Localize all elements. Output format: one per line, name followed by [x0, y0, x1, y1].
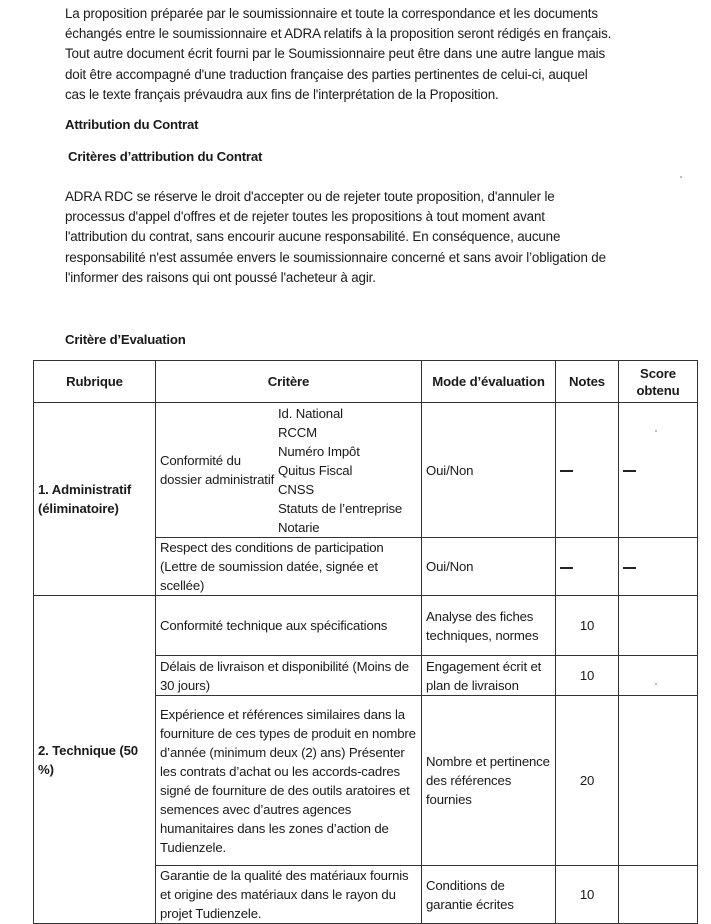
critere-items-list: Id. National RCCM Numéro Impôt Quitus Fi… [278, 404, 417, 537]
intro-line: La proposition préparée par le soumissio… [65, 4, 705, 24]
notes-cell: 10 [556, 656, 619, 696]
rubrique-technique: 2. Technique (50 %) [34, 596, 156, 924]
critere-cell: Respect des conditions de participation … [156, 538, 422, 596]
notes-cell: 10 [556, 596, 619, 656]
scan-speck [680, 176, 682, 178]
critere-item: Quitus Fiscal [278, 461, 417, 480]
header-score: Score obtenu [619, 361, 698, 403]
table-row: 2. Technique (50 %) Conformité technique… [34, 596, 698, 656]
notes-cell: 10 [556, 866, 619, 924]
award-paragraph: ADRA RDC se réserve le droit d'accepter … [65, 187, 705, 288]
table-header-row: Rubrique Critère Mode d’évaluation Notes… [34, 361, 698, 403]
evaluation-heading: Critère d’Evaluation [65, 332, 186, 347]
mode-cell: Engagement écrit et plan de livraison [422, 656, 556, 696]
notes-cell [556, 538, 619, 596]
header-critere: Critère [156, 361, 422, 403]
dash-mark [560, 470, 573, 472]
critere-cell: Conformité du dossier administratif Id. … [156, 403, 422, 538]
notes-cell [556, 403, 619, 538]
critere-item: RCCM [278, 423, 417, 442]
award-line: l'attribution du contrat, sans encourir … [65, 227, 705, 247]
intro-line: échangés entre le soumissionnaire et ADR… [65, 24, 705, 44]
intro-paragraph: La proposition préparée par le soumissio… [65, 4, 705, 105]
award-line: l'informer des raisons qui ont poussé l'… [65, 268, 705, 288]
mode-cell: Oui/Non [422, 403, 556, 538]
subsection-heading: Critères d’attribution du Contrat [68, 149, 262, 164]
award-line: processus d'appel d'offres et de rejeter… [65, 207, 705, 227]
scan-speck [655, 430, 657, 432]
section-heading: Attribution du Contrat [65, 117, 198, 132]
dash-mark [560, 567, 573, 569]
critere-item: Notarie [278, 518, 417, 537]
header-mode: Mode d’évaluation [422, 361, 556, 403]
critere-label: Conformité du dossier administratif [160, 451, 278, 489]
mode-cell: Analyse des fiches techniques, normes [422, 596, 556, 656]
award-line: ADRA RDC se réserve le droit d'accepter … [65, 187, 705, 207]
header-rubrique: Rubrique [34, 361, 156, 403]
critere-cell: Expérience et références similaires dans… [156, 696, 422, 866]
intro-line: cas le texte français prévaudra aux fins… [65, 85, 705, 105]
dash-mark [623, 567, 636, 569]
score-cell [619, 596, 698, 656]
dash-mark [623, 470, 636, 472]
evaluation-table: Rubrique Critère Mode d’évaluation Notes… [33, 360, 698, 924]
intro-line: Tout autre document écrit fourni par le … [65, 44, 705, 64]
intro-line: doit être accompagné d'une traduction fr… [65, 65, 705, 85]
notes-cell: 20 [556, 696, 619, 866]
score-cell [619, 866, 698, 924]
critere-cell: Délais de livraison et disponibilité (Mo… [156, 656, 422, 696]
critere-item: Statuts de l’entreprise [278, 499, 417, 518]
score-cell [619, 696, 698, 866]
critere-item: Id. National [278, 404, 417, 423]
mode-cell: Nombre et pertinence des références four… [422, 696, 556, 866]
scan-speck [655, 683, 657, 685]
mode-cell: Oui/Non [422, 538, 556, 596]
score-cell [619, 538, 698, 596]
mode-cell: Conditions de garantie écrites [422, 866, 556, 924]
award-line: responsabilité n'est assumée envers le s… [65, 248, 705, 268]
critere-cell: Garantie de la qualité des matériaux fou… [156, 866, 422, 924]
critere-cell: Conformité technique aux spécifications [156, 596, 422, 656]
header-notes: Notes [556, 361, 619, 403]
score-cell [619, 403, 698, 538]
table-row: 1. Administratif (éliminatoire) Conformi… [34, 403, 698, 538]
critere-item: Numéro Impôt [278, 442, 417, 461]
rubrique-administratif: 1. Administratif (éliminatoire) [34, 403, 156, 596]
critere-item: CNSS [278, 480, 417, 499]
score-cell [619, 656, 698, 696]
